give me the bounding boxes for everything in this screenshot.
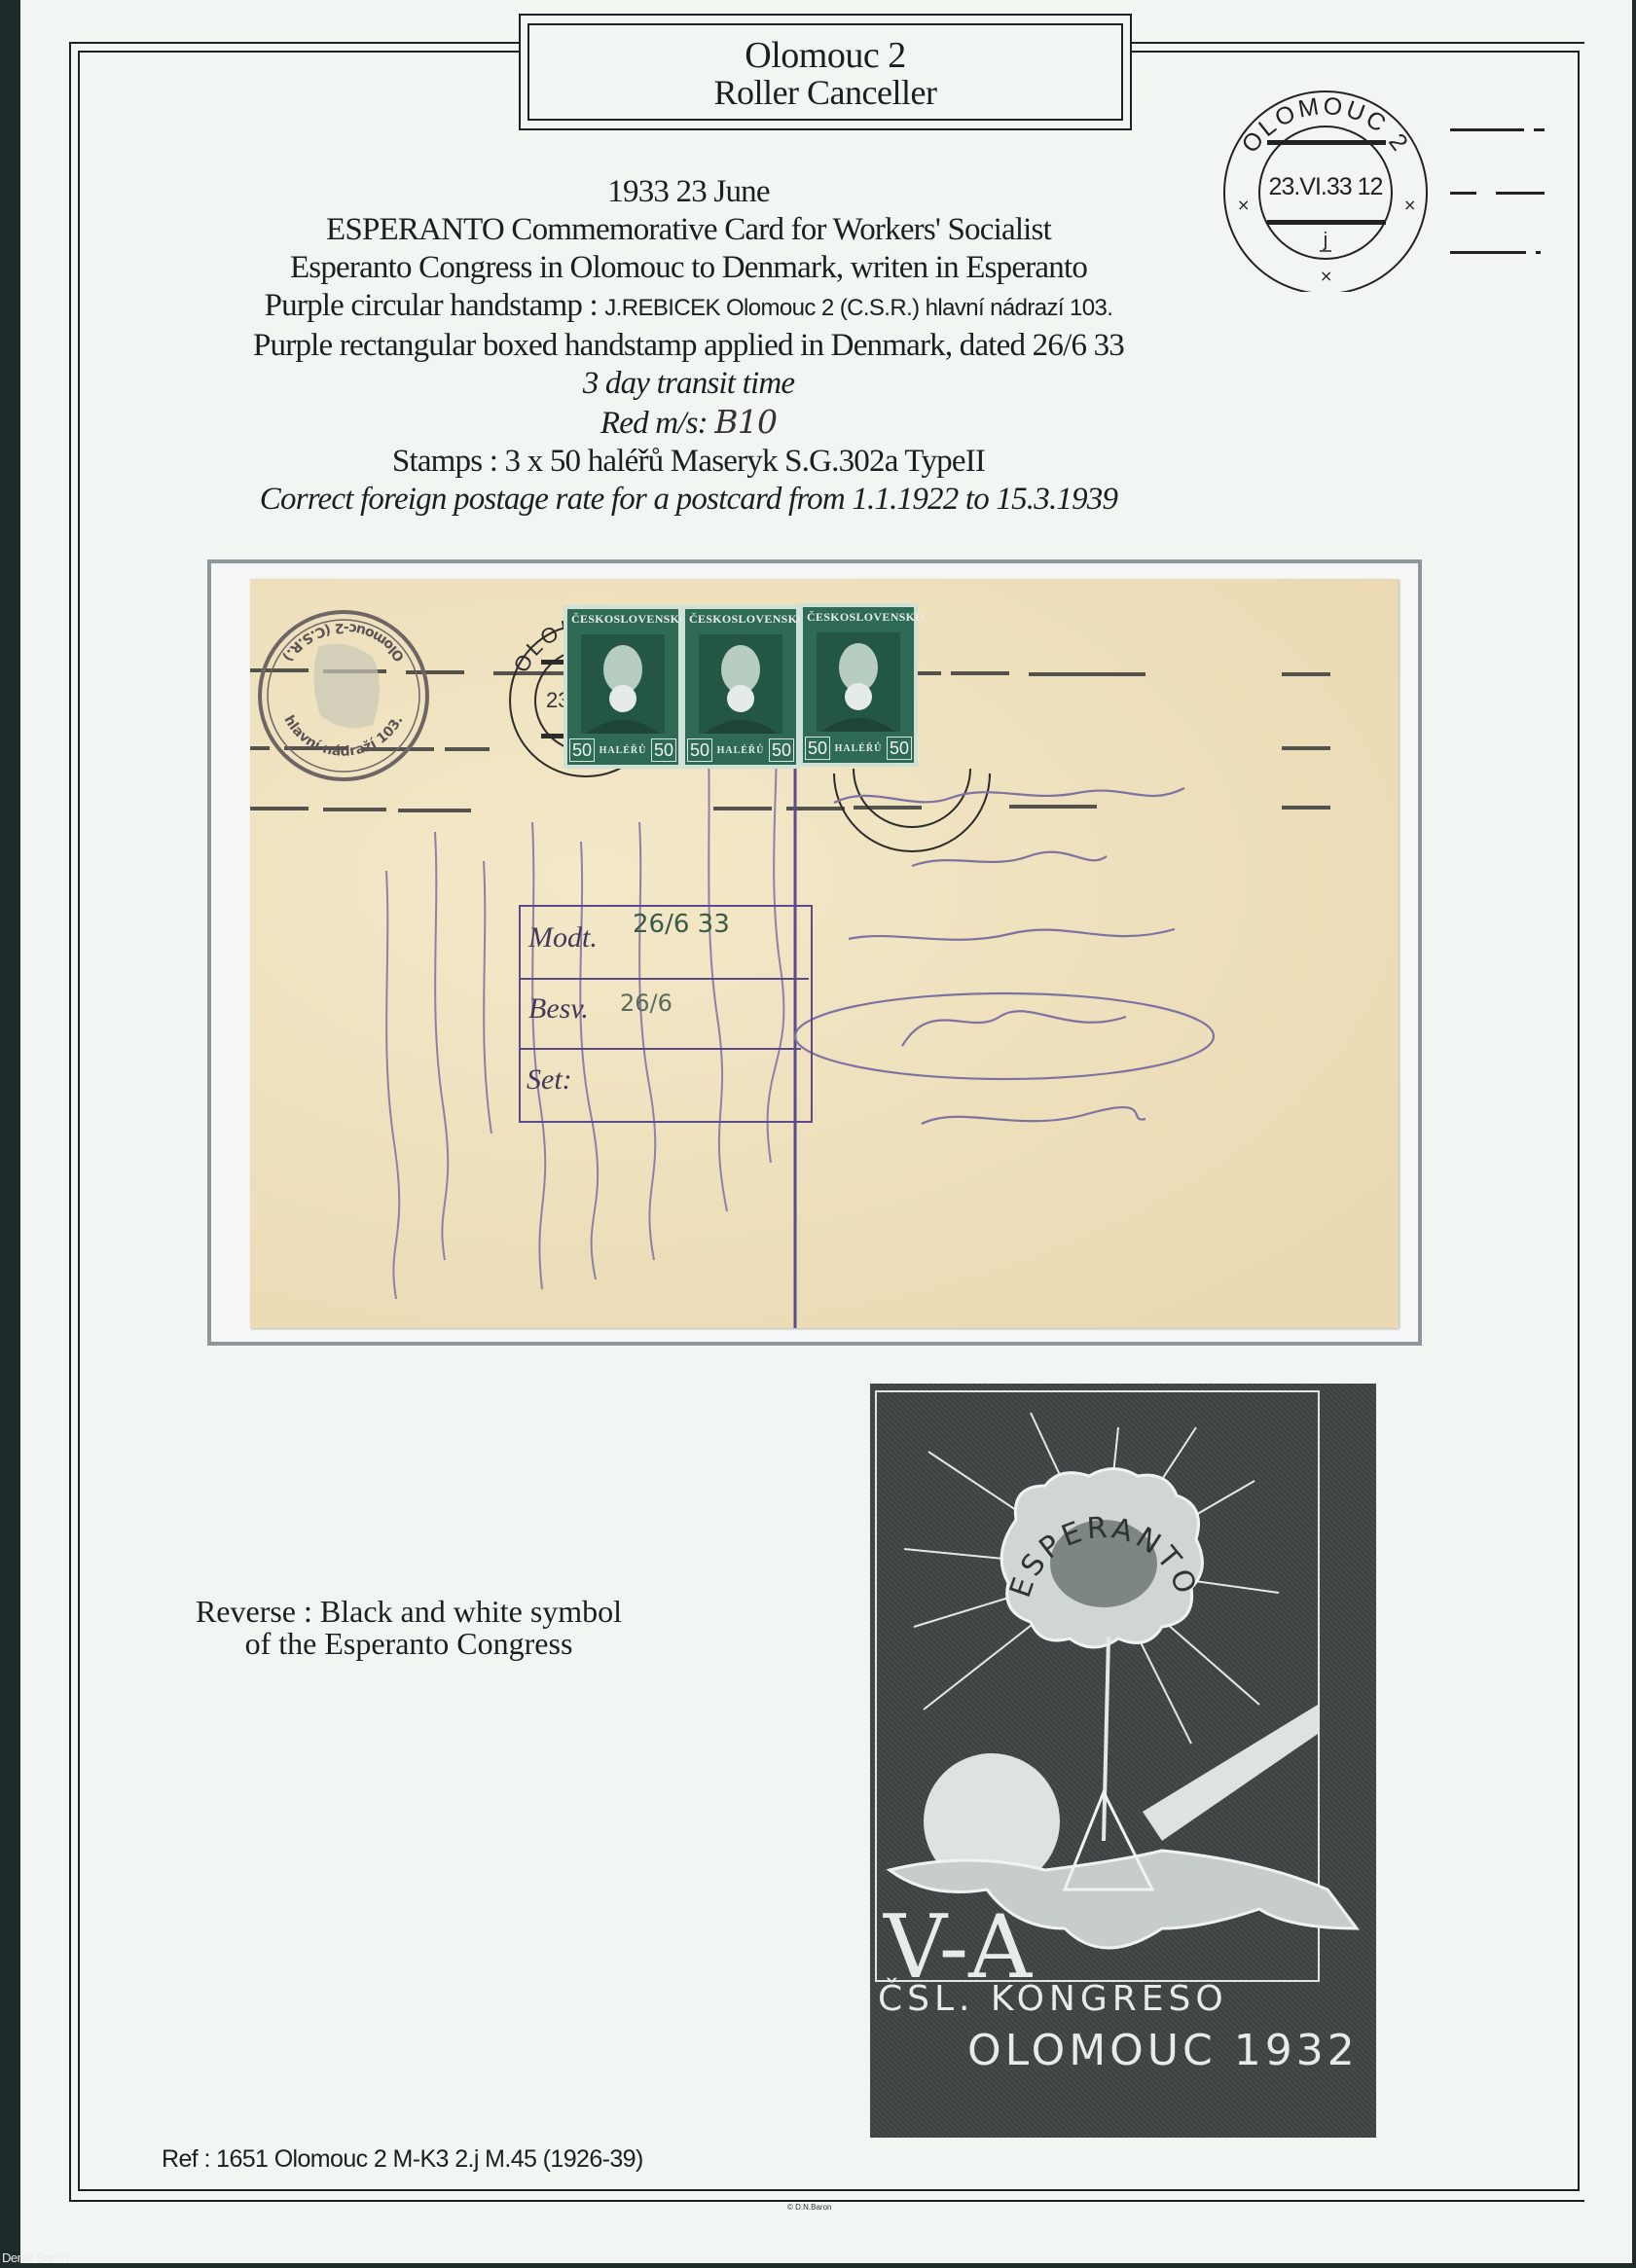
svg-text:×: × [1403, 196, 1416, 214]
postcard: Olomouc-2 (C.S.R.) hlavní nádraží 103. O… [250, 579, 1399, 1328]
postmark-date: 23.VI.33 12 [1269, 173, 1383, 200]
portrait-icon [817, 632, 900, 732]
frame-outer-line [69, 2200, 1584, 2202]
page-subtitle: Roller Canceller [529, 74, 1121, 111]
reverse-caption-line: of the Esperanto Congress [156, 1628, 662, 1660]
postmark-town: OLOMOUC 2 [1236, 92, 1414, 159]
box-label-modt: Modt. [528, 921, 598, 954]
box-label-besv: Besv. [528, 992, 589, 1026]
portrait-icon [699, 634, 782, 734]
reverse-caption: Reverse : Black and white symbol of the … [156, 1596, 662, 1660]
stamp-unit: HALÉŘŮ [835, 743, 883, 754]
description-line: Purple rectangular boxed handstamp appli… [97, 327, 1280, 365]
red-ms-value: B10 [714, 403, 777, 441]
description-line: ESPERANTO Commemorative Card for Workers… [97, 211, 1280, 249]
postage-rate-note: Correct foreign postage rate for a postc… [97, 481, 1280, 519]
description: 1933 23 June ESPERANTO Commemorative Car… [97, 173, 1280, 519]
postage-stamp: ČESKOSLOVENSKO 50HALÉŘŮ50 [799, 603, 918, 767]
box-divider [519, 978, 809, 980]
box-besv-written: 26/6 [620, 990, 673, 1017]
red-ms-label: Red m/s: [600, 406, 714, 441]
description-line: Esperanto Congress in Olomouc to Denmark… [97, 249, 1280, 287]
handstamp-label: Purple circular handstamp : [265, 288, 605, 323]
postage-stamp: ČESKOSLOVENSKO 50HALÉŘŮ50 [564, 605, 682, 769]
stamp-country: ČESKOSLOVENSKO [689, 612, 792, 630]
esperanto-congress-image: ESPERANTO V-A ČSL. KONGRESO OLOMOUC 1932 [870, 1384, 1376, 2138]
box-date-written: 26/6 33 [633, 910, 730, 939]
red-manuscript-note: Red m/s: B10 [97, 403, 1280, 443]
title-box: Olomouc 2 Roller Canceller [527, 23, 1123, 121]
esperanto-image-line1: ČSL. KONGRESO [878, 1979, 1228, 2019]
stamp-country: ČESKOSLOVENSKO [807, 610, 910, 628]
handstamp-detail: J.REBICEK Olomouc 2 (C.S.R.) hlavní nádr… [604, 295, 1112, 321]
stamp-value: 50 [687, 738, 712, 762]
stamp-value: 50 [887, 737, 912, 760]
copyright-note: © D.N.Baron [787, 2203, 831, 2212]
description-date: 1933 23 June [97, 173, 1280, 211]
watermark: Derek Baron [2, 2250, 67, 2265]
box-divider [519, 1048, 801, 1050]
stamp-value: 50 [769, 738, 794, 762]
svg-text:OLOMOUC 2: OLOMOUC 2 [1236, 92, 1414, 159]
reference-note: Ref : 1651 Olomouc 2 M-K3 2.j M.45 (1926… [162, 2145, 643, 2174]
portrait-icon [581, 634, 665, 734]
stamp-country: ČESKOSLOVENSKO [571, 612, 674, 630]
stamp-value: 50 [651, 738, 676, 762]
svg-text:×: × [1320, 267, 1332, 285]
transit-time: 3 day transit time [97, 365, 1280, 403]
frame-outer-line [69, 42, 71, 2200]
description-handstamp: Purple circular handstamp : J.REBICEK Ol… [97, 287, 1280, 327]
postage-stamp: ČESKOSLOVENSKO 50HALÉŘŮ50 [681, 605, 800, 769]
stamp-value: 50 [569, 738, 595, 762]
reverse-caption-line: Reverse : Black and white symbol [156, 1596, 662, 1628]
postmark-letter: j [1323, 230, 1327, 251]
box-label-set: Set: [527, 1063, 572, 1097]
stamps-note: Stamps : 3 x 50 haléřů Maseryk S.G.302a … [97, 443, 1280, 481]
esperanto-image-line2: OLOMOUC 1932 [967, 2026, 1359, 2075]
stamp-unit: HALÉŘŮ [600, 745, 647, 756]
page-title: Olomouc 2 [529, 37, 1121, 74]
stamp-value: 50 [805, 737, 830, 760]
stamp-unit: HALÉŘŮ [717, 745, 765, 756]
